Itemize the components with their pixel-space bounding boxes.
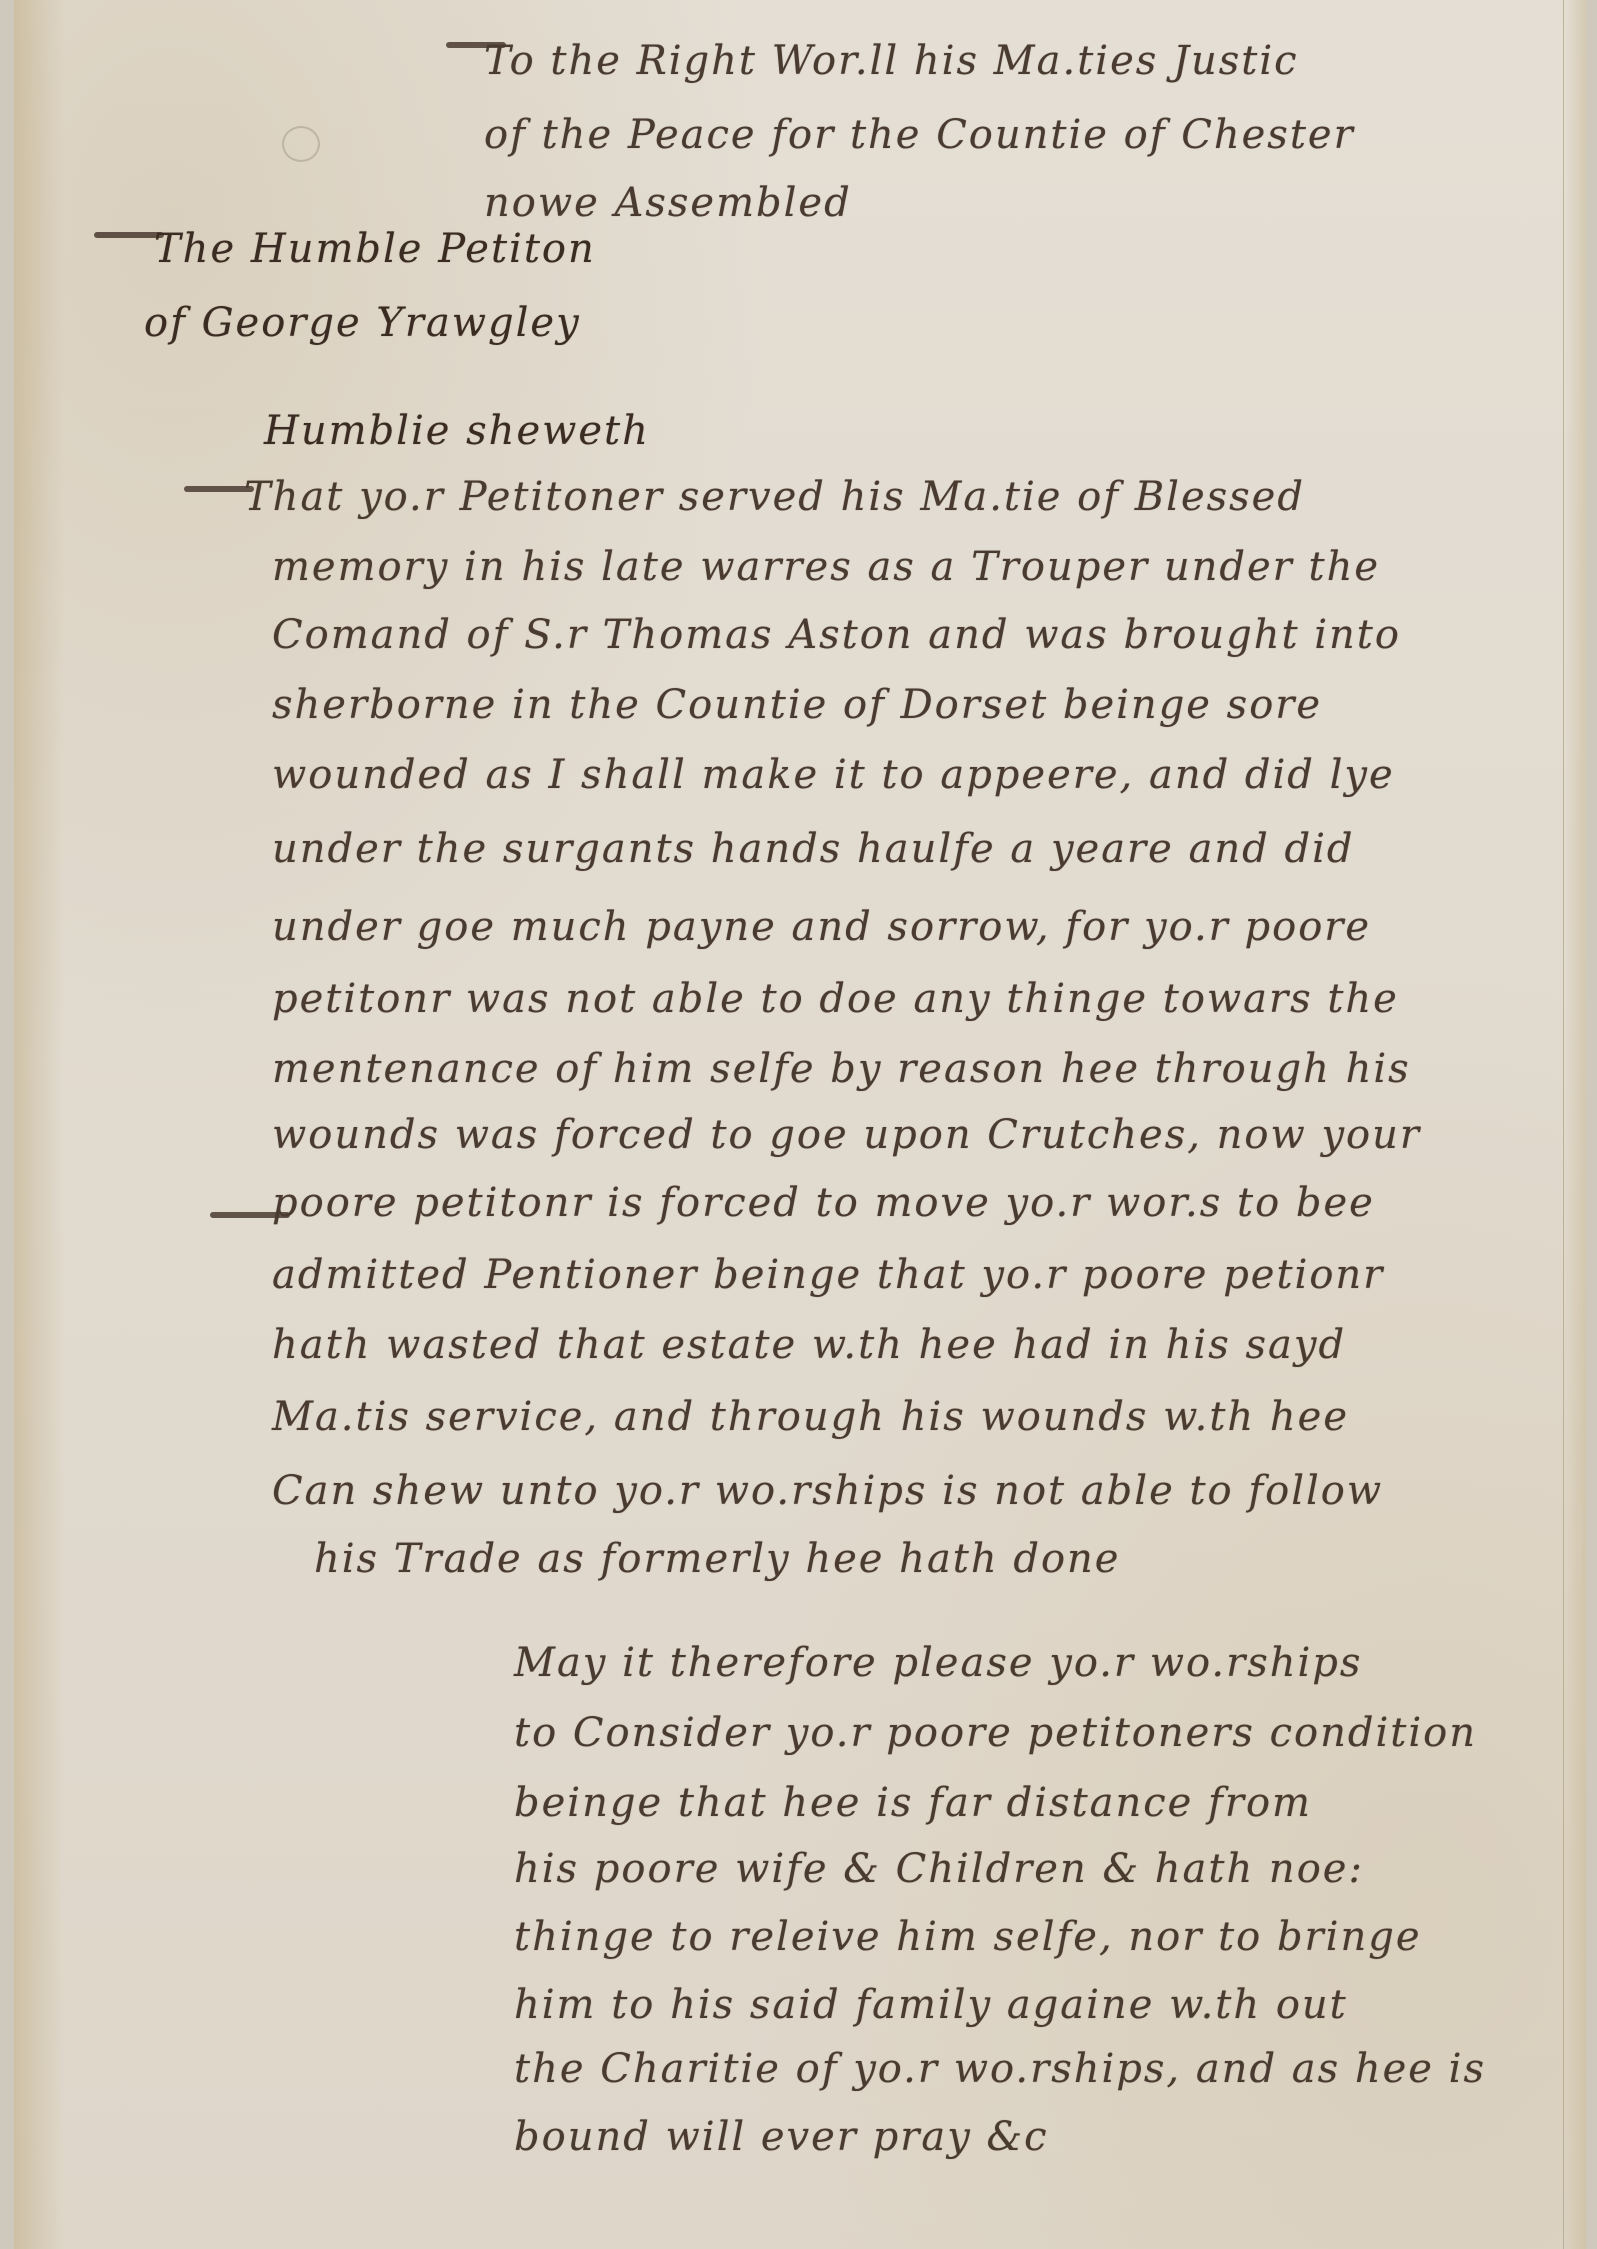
paper-edge bbox=[1563, 0, 1586, 2249]
prayer-line: to Consider yo.r poore petitoners condit… bbox=[514, 1710, 1477, 1756]
prayer-line: May it therefore please yo.r wo.rships bbox=[514, 1640, 1362, 1686]
body-line: hath wasted that estate w.th hee had in … bbox=[272, 1322, 1346, 1368]
body-line: under goe much payne and sorrow, for yo.… bbox=[272, 904, 1371, 950]
body-line: wounded as I shall make it to appeere, a… bbox=[272, 752, 1395, 798]
petition-title-line-2: of George Yrawgley bbox=[144, 300, 581, 346]
body-line: mentenance of him selfe by reason hee th… bbox=[272, 1046, 1411, 1092]
prayer-line: thinge to releive him selfe, nor to brin… bbox=[514, 1914, 1422, 1960]
paper-blemish bbox=[282, 126, 320, 162]
body-line: That yo.r Petitoner served his Ma.tie of… bbox=[244, 474, 1305, 520]
body-line: admitted Pentioner beinge that yo.r poor… bbox=[272, 1252, 1384, 1298]
body-line: memory in his late warres as a Trouper u… bbox=[272, 544, 1380, 590]
body-line: sherborne in the Countie of Dorset being… bbox=[272, 682, 1322, 728]
manuscript-page: To the Right Wor.ll his Ma.ties Justic o… bbox=[14, 0, 1586, 2249]
paper-stain bbox=[14, 0, 64, 2249]
body-line: petitonr was not able to doe any thinge … bbox=[272, 976, 1399, 1022]
address-line-1: To the Right Wor.ll his Ma.ties Justic bbox=[484, 38, 1299, 84]
salutation: Humblie sheweth bbox=[264, 408, 650, 454]
prayer-line: beinge that hee is far distance from bbox=[514, 1780, 1312, 1826]
body-line: poore petitonr is forced to move yo.r wo… bbox=[272, 1180, 1375, 1226]
body-line: Can shew unto yo.r wo.rships is not able… bbox=[272, 1468, 1383, 1514]
prayer-line: his poore wife & Children & hath noe: bbox=[514, 1846, 1364, 1892]
prayer-line: him to his said family againe w.th out bbox=[514, 1982, 1348, 2028]
prayer-line: the Charitie of yo.r wo.rships, and as h… bbox=[514, 2046, 1486, 2092]
address-line-2: of the Peace for the Countie of Chester bbox=[484, 112, 1355, 158]
body-line: Ma.tis service, and through his wounds w… bbox=[272, 1394, 1349, 1440]
body-line: his Trade as formerly hee hath done bbox=[314, 1536, 1120, 1582]
body-line: Comand of S.r Thomas Aston and was broug… bbox=[272, 612, 1401, 658]
address-line-3: nowe Assembled bbox=[484, 180, 852, 226]
prayer-line: bound will ever pray &c bbox=[514, 2114, 1049, 2160]
body-line: wounds was forced to goe upon Crutches, … bbox=[272, 1112, 1421, 1158]
body-line: under the surgants hands haulfe a yeare … bbox=[272, 826, 1355, 872]
petition-title-line-1: The Humble Petiton bbox=[154, 226, 596, 272]
